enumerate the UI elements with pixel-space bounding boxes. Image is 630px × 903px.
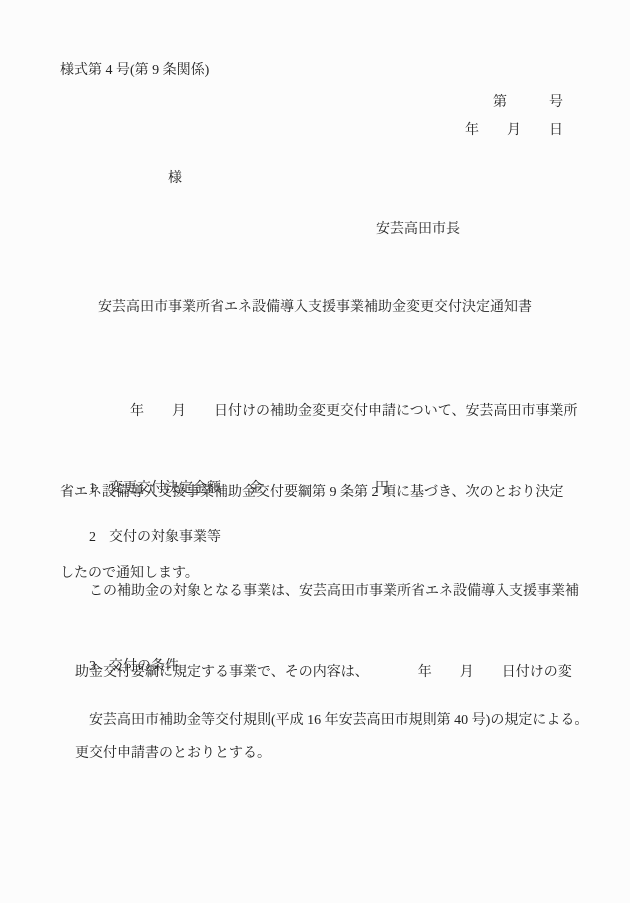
document-title: 安芸高田市事業所省エネ設備導入支援事業補助金変更交付決定通知書: [0, 294, 630, 321]
document-number-line: 第 号: [0, 89, 630, 116]
opening-line-1: 年 月 日付けの補助金変更交付申請について、安芸高田市事業所: [60, 398, 577, 425]
addressee-honorific: 様: [168, 165, 182, 192]
form-number-label: 様式第 4 号(第 9 条関係): [60, 57, 209, 84]
document-page: 様式第 4 号(第 9 条関係) 第 号 年 月 日 様 安芸高田市長 安芸高田…: [0, 0, 630, 903]
sender-name: 安芸高田市長: [376, 216, 460, 243]
item-1-heading: 変更交付決定金額 金 円: [109, 481, 389, 496]
item-2-body-line-1: この補助金の対象となる事業は、安芸高田市事業所省エネ設備導入支援事業補: [75, 578, 579, 605]
item-3-body-line-1: 安芸高田市補助金等交付規則(平成 16 年安芸高田市規則第 40 号)の規定によ…: [75, 707, 588, 734]
item-3-body: 安芸高田市補助金等交付規則(平成 16 年安芸高田市規則第 40 号)の規定によ…: [75, 653, 588, 788]
document-date-line: 年 月 日: [0, 117, 630, 144]
